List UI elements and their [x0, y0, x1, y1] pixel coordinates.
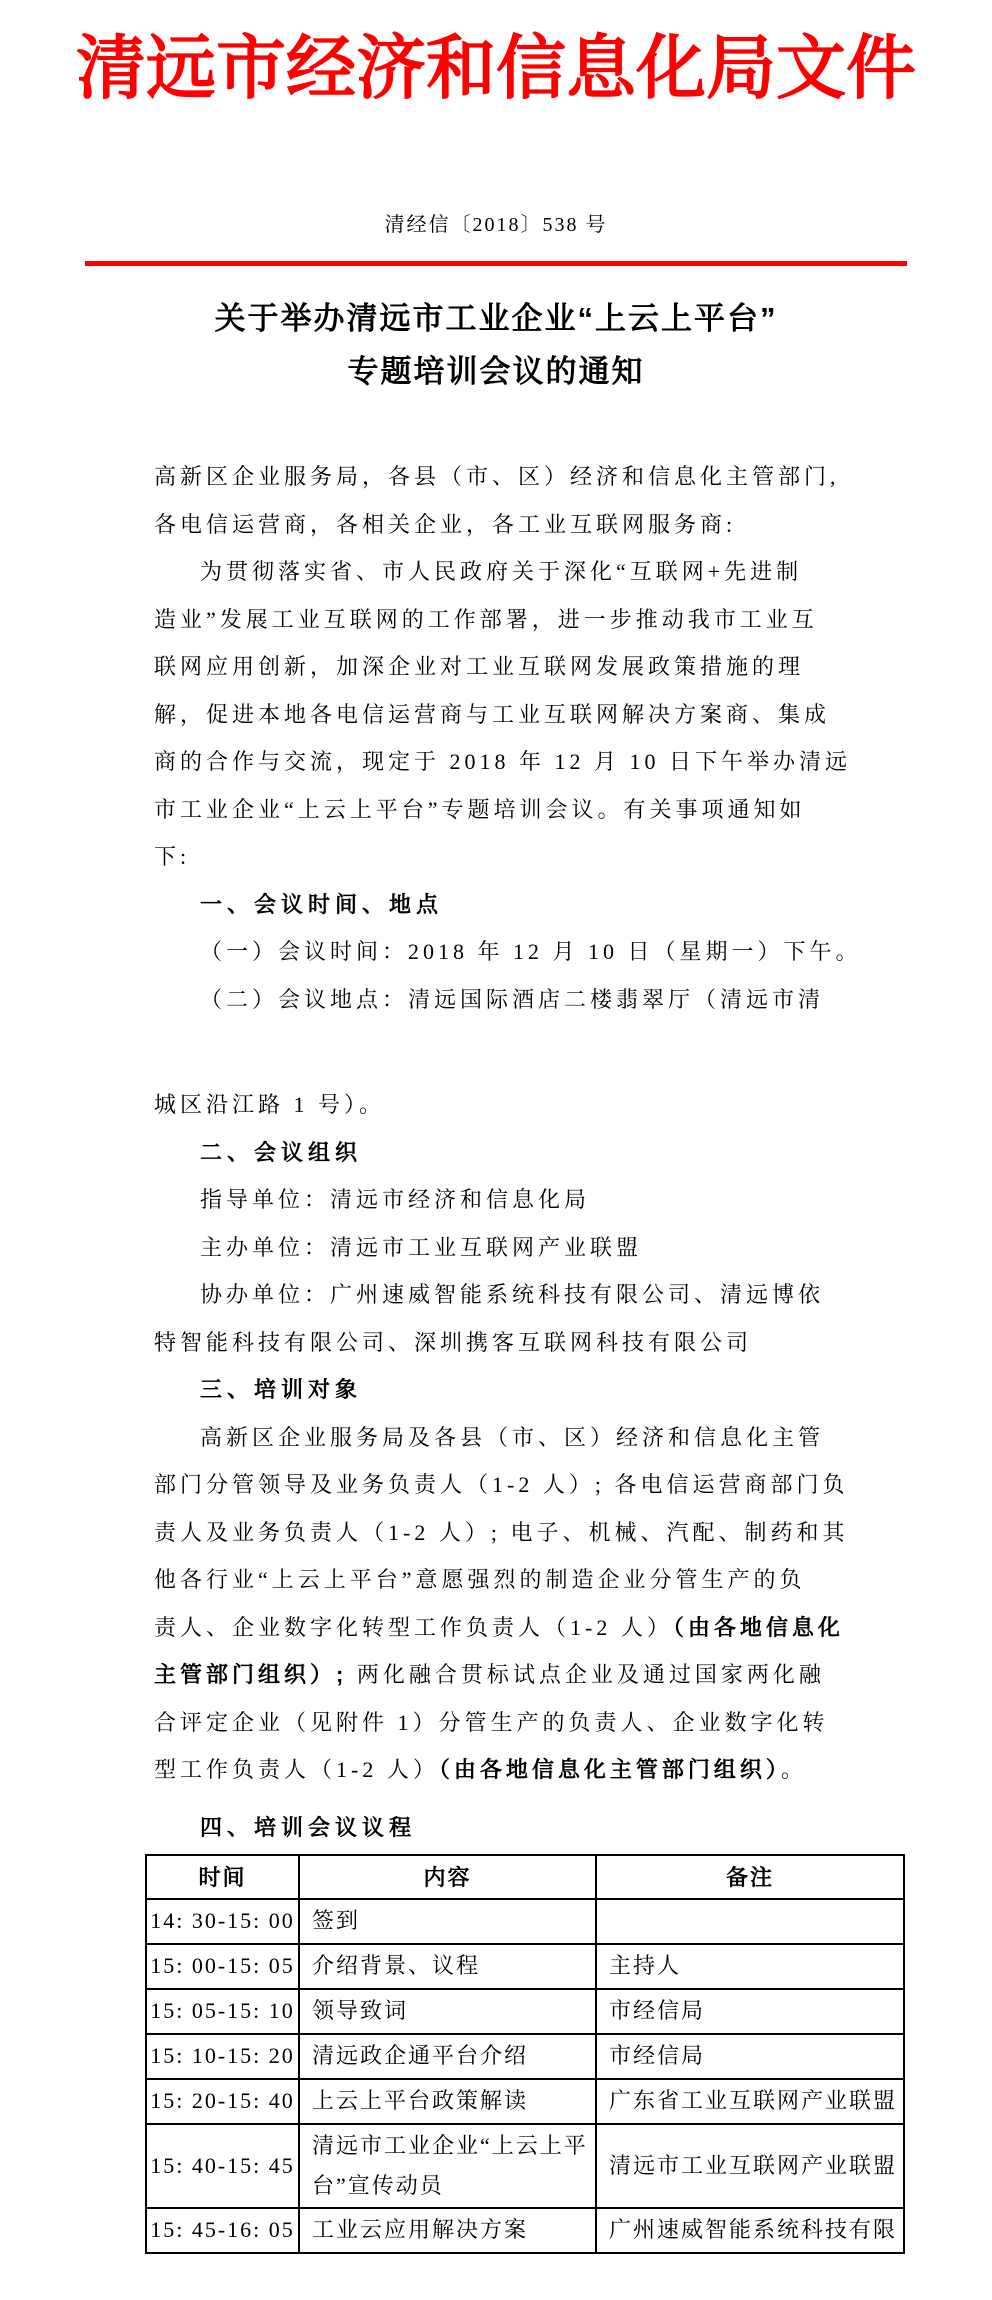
body-line-bold-segment: 主管部门组织）; — [154, 1662, 347, 1687]
body-line-text: 。 — [781, 1757, 807, 1782]
body-line-text: 为贯彻落实省、市人民政府关于深化“互联网+先进制 — [200, 559, 802, 584]
body-line-text: 部门分管领导及业务负责人（1-2 人）; 各电信运营商部门负 — [154, 1472, 848, 1497]
note-cell: 市经信局 — [596, 1989, 904, 2034]
body-line: 解，促进本地各电信运营商与工业互联网解决方案商、集成 — [154, 691, 854, 739]
time-cell: 15: 20-15: 40 — [146, 2079, 299, 2124]
body-line-text: 高新区企业服务局，各县（市、区）经济和信息化主管部门, — [154, 464, 840, 489]
content-cell: 上云上平台政策解读 — [299, 2079, 596, 2124]
doc-title-line-1: 关于举办清远市工业企业“上云上平台” — [0, 292, 992, 345]
body-line-bold-segment: （由各地信息化主管部门组织） — [439, 1757, 781, 1782]
body-line: 高新区企业服务局，各县（市、区）经济和信息化主管部门, — [154, 453, 854, 501]
body-line-text: 城区沿江路 1 号）。 — [154, 1092, 385, 1117]
doc-title-line-2: 专题培训会议的通知 — [0, 345, 992, 398]
body-line-bold-segment: 二、会议组织 — [200, 1140, 362, 1165]
body-line-bold-segment: （由各地信息化 — [673, 1615, 844, 1640]
table-row: 15: 20-15: 40上云上平台政策解读广东省工业互联网产业联盟 — [146, 2079, 904, 2124]
content-cell: 清远市工业企业“上云上平台”宣传动员 — [299, 2124, 596, 2208]
note-cell: 广州速威智能系统科技有限 — [596, 2208, 904, 2253]
agency-title: 清远市经济和信息化局文件 — [0, 26, 992, 114]
table-header-cell: 时间 — [146, 1855, 299, 1899]
body-line: 联网应用创新，加深企业对工业互联网发展政策措施的理 — [154, 643, 854, 691]
body-line: 主办单位：清远市工业互联网产业联盟 — [154, 1224, 854, 1272]
body-line-text: 商的合作与交流，现定于 2018 年 12 月 10 日下午举办清远 — [154, 749, 851, 774]
body-line: 他各行业“上云上平台”意愿强烈的制造企业分管生产的负 — [154, 1556, 854, 1604]
body-line-text: 指导单位：清远市经济和信息化局 — [200, 1187, 590, 1212]
table-row: 15: 45-16: 05工业云应用解决方案广州速威智能系统科技有限 — [146, 2208, 904, 2253]
time-cell: 15: 45-16: 05 — [146, 2208, 299, 2253]
note-cell: 市经信局 — [596, 2034, 904, 2079]
agenda-heading section-heading: 四、培训会议议程 — [200, 1808, 992, 1848]
body-line-text: 型工作负责人（1-2 人） — [154, 1757, 439, 1782]
body-line: 为贯彻落实省、市人民政府关于深化“互联网+先进制 — [154, 548, 854, 596]
table-row: 15: 00-15: 05介绍背景、议程主持人 — [146, 1944, 904, 1989]
content-cell: 领导致词 — [299, 1989, 596, 2034]
body-line: （一）会议时间：2018 年 12 月 10 日（星期一）下午。 — [154, 928, 854, 976]
note-cell: 主持人 — [596, 1944, 904, 1989]
note-cell — [596, 1899, 904, 1944]
body-line: 特智能科技有限公司、深圳携客互联网科技有限公司 — [154, 1319, 854, 1367]
table-row: 14: 30-15: 00签到 — [146, 1899, 904, 1944]
body-line: 责人及业务负责人（1-2 人）; 电子、机械、汽配、制药和其 — [154, 1509, 854, 1557]
body-line: （二）会议地点：清远国际酒店二楼翡翠厅（清远市清 — [154, 976, 854, 1024]
table-header-cell: 内容 — [299, 1855, 596, 1899]
time-cell: 15: 05-15: 10 — [146, 1989, 299, 2034]
body-line-text: 下: — [154, 844, 190, 869]
body-line-text: 造业”发展工业互联网的工作部署，进一步推动我市工业互 — [154, 607, 818, 632]
body-line-text: 两化融合贯标试点企业及通过国家两化融 — [347, 1662, 825, 1687]
body-line-text: 合评定企业（见附件 1）分管生产的负责人、企业数字化转 — [154, 1710, 829, 1735]
doc-title: 关于举办清远市工业企业“上云上平台” 专题培训会议的通知 — [0, 292, 992, 398]
body-line: 主管部门组织）; 两化融合贯标试点企业及通过国家两化融 — [154, 1651, 854, 1699]
body-line-text: 协办单位：广州速威智能系统科技有限公司、清远博依 — [200, 1282, 824, 1307]
body-line-text: 解，促进本地各电信运营商与工业互联网解决方案商、集成 — [154, 702, 830, 727]
note-cell: 广东省工业互联网产业联盟 — [596, 2079, 904, 2124]
time-cell: 15: 40-15: 45 — [146, 2124, 299, 2208]
content-cell: 签到 — [299, 1899, 596, 1944]
document-page: 清远市经济和信息化局文件 清经信〔2018〕538 号 关于举办清远市工业企业“… — [0, 0, 992, 2300]
note-cell: 清远市工业互联网产业联盟 — [596, 2124, 904, 2208]
body-line: 协办单位：广州速威智能系统科技有限公司、清远博依 — [154, 1271, 854, 1319]
body-line-text: 他各行业“上云上平台”意愿强烈的制造企业分管生产的负 — [154, 1567, 806, 1592]
table-row: 15: 05-15: 10领导致词市经信局 — [146, 1989, 904, 2034]
section-heading: 二、会议组织 — [154, 1129, 854, 1177]
body-line: 指导单位：清远市经济和信息化局 — [154, 1176, 854, 1224]
body-line-text: 特智能科技有限公司、深圳携客互联网科技有限公司 — [154, 1330, 752, 1355]
body-line: 高新区企业服务局及各县（市、区）经济和信息化主管 — [154, 1414, 854, 1462]
body-line: 部门分管领导及业务负责人（1-2 人）; 各电信运营商部门负 — [154, 1461, 854, 1509]
body-line-bold-segment: 一、会议时间、地点 — [200, 892, 443, 917]
time-cell: 15: 10-15: 20 — [146, 2034, 299, 2079]
body-line-text: 责人及业务负责人（1-2 人）; 电子、机械、汽配、制药和其 — [154, 1520, 848, 1545]
red-divider — [85, 261, 907, 266]
body-line-text: 各电信运营商，各相关企业，各工业互联网服务商: — [154, 512, 736, 537]
body-line-text: （二）会议地点：清远国际酒店二楼翡翠厅（清远市清 — [200, 987, 824, 1012]
agenda-table: 时间内容备注 14: 30-15: 00签到15: 00-15: 05介绍背景、… — [145, 1854, 905, 2254]
content-cell: 清远政企通平台介绍 — [299, 2034, 596, 2079]
body-line-bold-segment: 三、培训对象 — [200, 1377, 362, 1402]
section-heading: 三、培训对象 — [154, 1366, 854, 1414]
body-line: 城区沿江路 1 号）。 — [154, 1081, 854, 1129]
body-line-text: 联网应用创新，加深企业对工业互联网发展政策措施的理 — [154, 654, 804, 679]
body-line: 造业”发展工业互联网的工作部署，进一步推动我市工业互 — [154, 596, 854, 644]
body-line-text: 市工业企业“上云上平台”专题培训会议。有关事项通知如 — [154, 797, 806, 822]
body-line-text: 高新区企业服务局及各县（市、区）经济和信息化主管 — [200, 1425, 824, 1450]
table-header-cell: 备注 — [596, 1855, 904, 1899]
body-line-text: 责人、企业数字化转型工作负责人（1-2 人） — [154, 1615, 673, 1640]
body-line: 市工业企业“上云上平台”专题培训会议。有关事项通知如 — [154, 786, 854, 834]
section-heading: 一、会议时间、地点 — [154, 881, 854, 929]
time-cell: 15: 00-15: 05 — [146, 1944, 299, 1989]
body-line: 下: — [154, 833, 854, 881]
table-header-row: 时间内容备注 — [146, 1855, 904, 1899]
content-cell: 介绍背景、议程 — [299, 1944, 596, 1989]
content-cell: 工业云应用解决方案 — [299, 2208, 596, 2253]
body-line: 型工作负责人（1-2 人）（由各地信息化主管部门组织）。 — [154, 1746, 854, 1794]
table-row: 15: 10-15: 20清远政企通平台介绍市经信局 — [146, 2034, 904, 2079]
body-line: 合评定企业（见附件 1）分管生产的负责人、企业数字化转 — [154, 1699, 854, 1747]
doc-number: 清经信〔2018〕538 号 — [0, 211, 992, 239]
table-row: 15: 40-15: 45清远市工业企业“上云上平台”宣传动员清远市工业互联网产… — [146, 2124, 904, 2208]
body-line-text: （一）会议时间：2018 年 12 月 10 日（星期一）下午。 — [200, 939, 862, 964]
time-cell: 14: 30-15: 00 — [146, 1899, 299, 1944]
body-line-text: 主办单位：清远市工业互联网产业联盟 — [200, 1235, 642, 1260]
body-line: 商的合作与交流，现定于 2018 年 12 月 10 日下午举办清远 — [154, 738, 854, 786]
body-line: 责人、企业数字化转型工作负责人（1-2 人）（由各地信息化 — [154, 1604, 854, 1652]
document-body: 高新区企业服务局，各县（市、区）经济和信息化主管部门,各电信运营商，各相关企业，… — [154, 453, 854, 1794]
body-line: 各电信运营商，各相关企业，各工业互联网服务商: — [154, 501, 854, 549]
